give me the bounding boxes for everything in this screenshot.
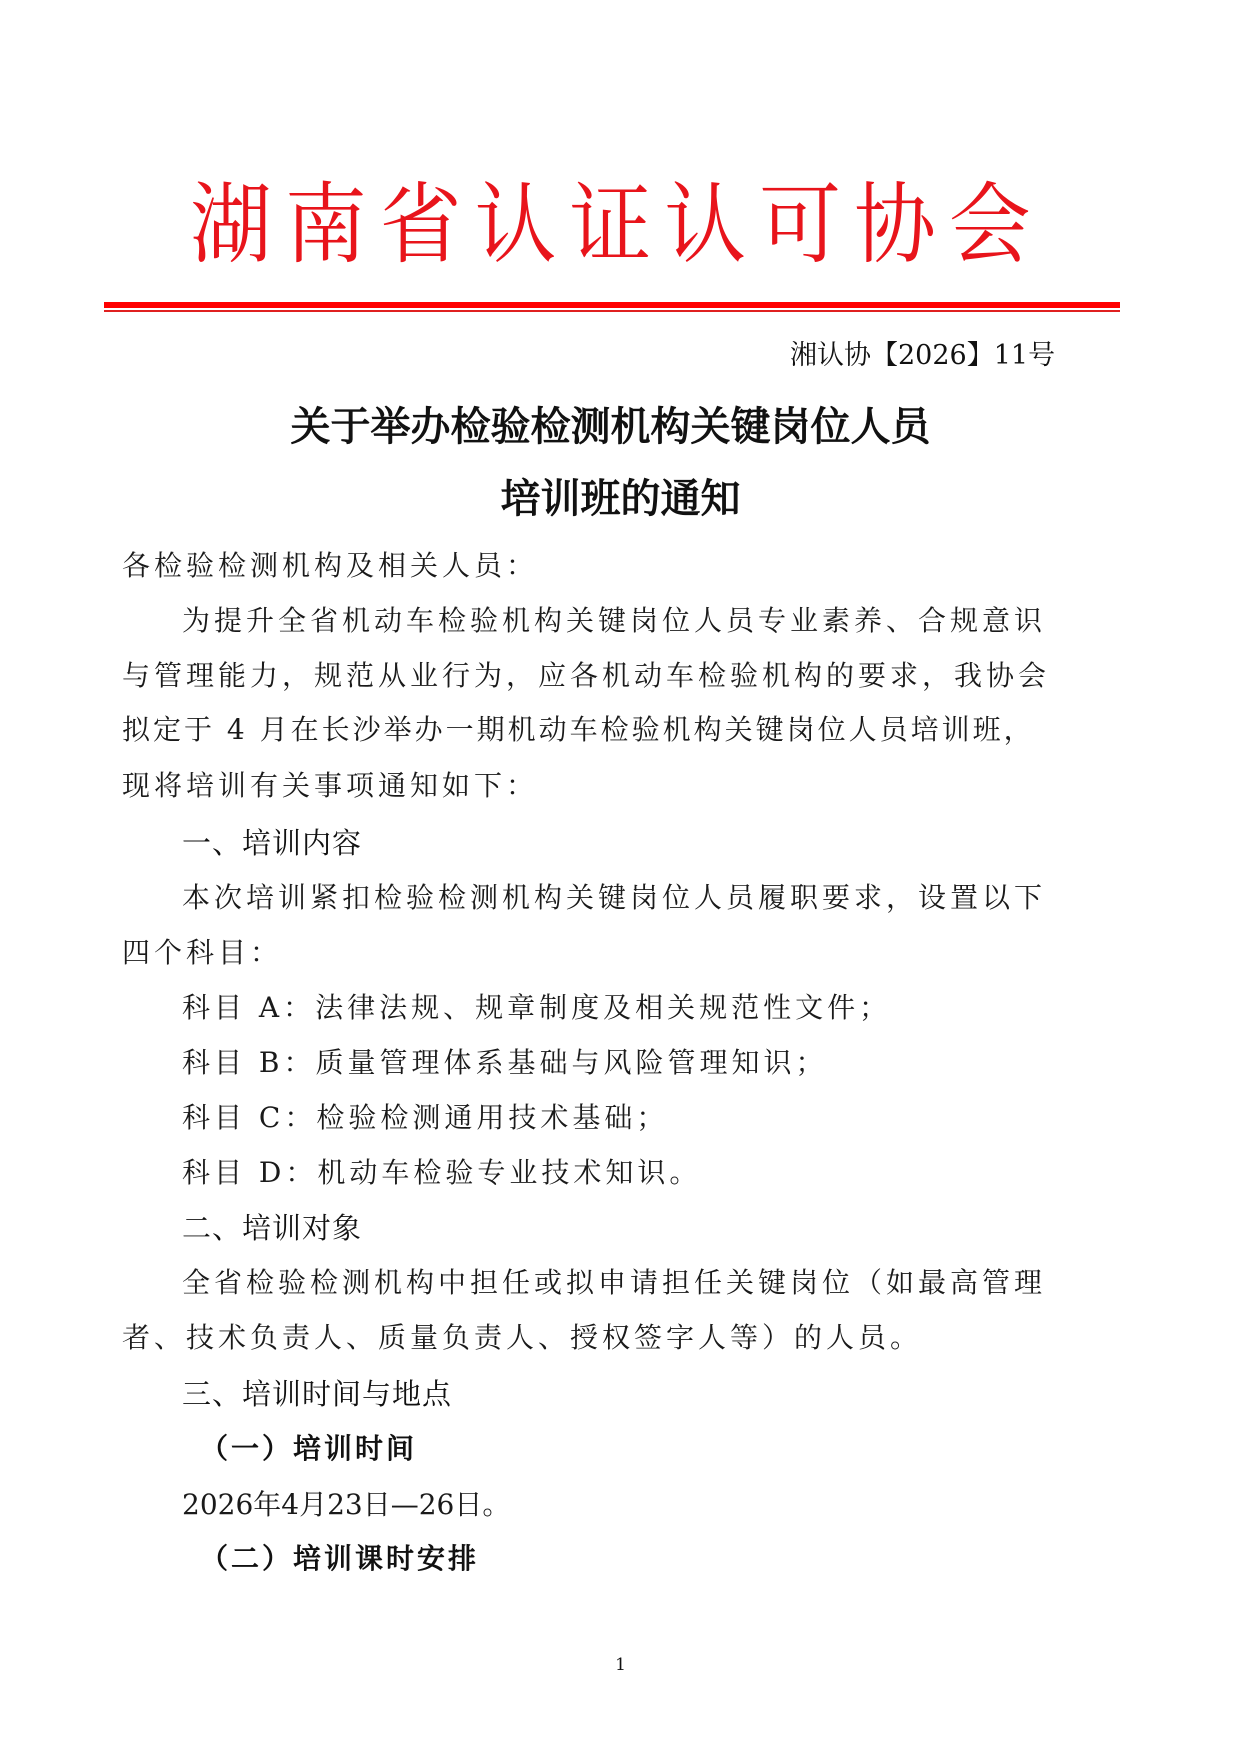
section-heading: 三、培训时间与地点 [182,1374,452,1414]
intro-line: 为提升全省机动车检验机构关键岗位人员专业素养、合规意识 [182,601,1046,641]
document-title-line2: 培训班的通知 [0,470,1241,528]
letterhead-rule-thin [104,310,1120,312]
subject-item: 科目 C：检验检测通用技术基础； [182,1098,668,1138]
subsection-heading: （一）培训时间 [200,1429,417,1469]
document-title-line1: 关于举办检验检测机构关键岗位人员 [0,398,1241,456]
section-heading: 一、培训内容 [182,823,362,863]
section-line: 全省检验检测机构中担任或拟申请担任关键岗位（如最高管理 [182,1263,1046,1303]
salutation: 各检验检测机构及相关人员： [122,546,538,586]
intro-line: 现将培训有关事项通知如下： [122,766,538,806]
intro-line: 与管理能力，规范从业行为，应各机动车检验机构的要求，我协会 [122,656,1050,696]
subsection-heading: （二）培训课时安排 [200,1539,479,1579]
letterhead-rule-thick [104,302,1120,308]
section-heading: 二、培训对象 [182,1208,362,1248]
subject-item: 科目 D：机动车检验专业技术知识。 [182,1153,701,1193]
subject-item: 科目 B：质量管理体系基础与风险管理知识； [182,1043,827,1083]
training-date: 2026年4月23日—26日。 [182,1485,510,1525]
section-line: 本次培训紧扣检验检测机构关键岗位人员履职要求，设置以下 [182,878,1046,918]
section-line: 四个科目： [122,933,282,973]
intro-line: 拟定于 4 月在长沙举办一期机动车检验机构关键岗位人员培训班， [122,710,1035,750]
document-number: 湘认协【2026】11号 [790,336,1055,376]
section-line: 者、技术负责人、质量负责人、授权签字人等）的人员。 [122,1318,922,1358]
letterhead-organization: 湖南省认证认可协会 [190,170,999,280]
subject-item: 科目 A：法律法规、规章制度及相关规范性文件； [182,988,891,1028]
page-number: 1 [0,1653,1241,1677]
